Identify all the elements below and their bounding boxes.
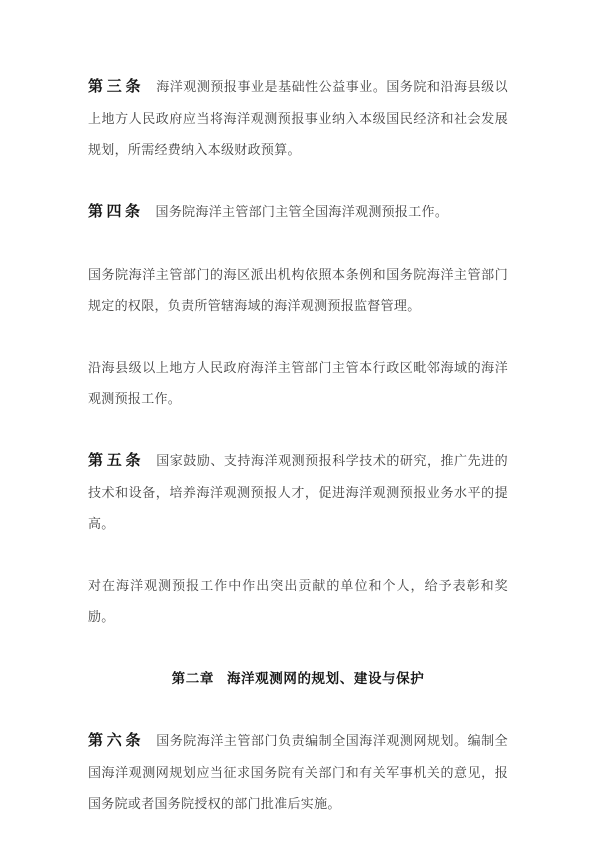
- paragraph-text: 国务院海洋主管部门的海区派出机构依照本条例和国务院海洋主管部门规定的权限，负责所…: [88, 267, 508, 313]
- article-text-3: 海洋观测预报事业是基础性公益事业。国务院和沿海县级以上地方人民政府应当将海洋观测…: [88, 79, 508, 157]
- article-text-6: 国务院海洋主管部门负责编制全国海洋观测网规划。编制全国海洋观测网规划应当征求国务…: [88, 733, 508, 811]
- chapter-title: 海洋观测网的规划、建设与保护: [227, 671, 424, 686]
- article-text-5: 国家鼓励、支持海洋观测预报科学技术的研究，推广先进的技术和设备，培养海洋观测预报…: [88, 453, 508, 531]
- article-number-4: 第四条: [88, 204, 144, 220]
- body-paragraph-1: 国务院海洋主管部门的海区派出机构依照本条例和国务院海洋主管部门规定的权限，负责所…: [88, 259, 508, 321]
- article-paragraph-6: 第六条国务院海洋主管部门负责编制全国海洋观测网规划。编制全国海洋观测网规划应当征…: [88, 725, 508, 819]
- article-paragraph-5: 第五条国家鼓励、支持海洋观测预报科学技术的研究，推广先进的技术和设备，培养海洋观…: [88, 445, 508, 539]
- paragraph-text: 沿海县级以上地方人民政府海洋主管部门主管本行政区毗邻海域的海洋观测预报工作。: [88, 360, 508, 406]
- article-paragraph-4: 第四条国务院海洋主管部门主管全国海洋观测预报工作。: [88, 196, 508, 228]
- chapter-heading: 第二章海洋观测网的规划、建设与保护: [88, 663, 508, 694]
- paragraph-text: 对在海洋观测预报工作中作出突出贡献的单位和个人，给予表彰和奖励。: [88, 578, 508, 624]
- chapter-number: 第二章: [172, 671, 214, 686]
- body-paragraph-2: 沿海县级以上地方人民政府海洋主管部门主管本行政区毗邻海域的海洋观测预报工作。: [88, 352, 508, 414]
- body-paragraph-3: 对在海洋观测预报工作中作出突出贡献的单位和个人，给予表彰和奖励。: [88, 570, 508, 632]
- article-number-3: 第三条: [88, 79, 144, 95]
- article-number-5: 第五条: [88, 453, 144, 469]
- article-paragraph-3: 第三条海洋观测预报事业是基础性公益事业。国务院和沿海县级以上地方人民政府应当将海…: [88, 71, 508, 165]
- article-number-6: 第六条: [88, 733, 144, 749]
- article-text-4: 国务院海洋主管部门主管全国海洋观测预报工作。: [156, 204, 449, 219]
- document-page: 第三条海洋观测预报事业是基础性公益事业。国务院和沿海县级以上地方人民政府应当将海…: [0, 0, 595, 841]
